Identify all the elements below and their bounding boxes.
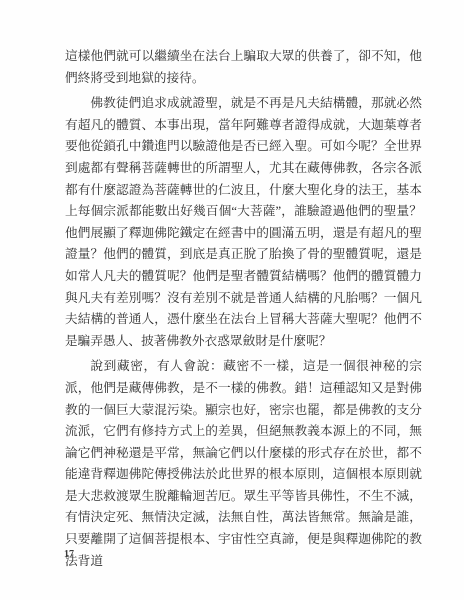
paragraph-1: 這樣他們就可以繼續坐在法台上騙取大眾的供養了，卻不知，他們終將受到地獄的接待。 xyxy=(65,46,422,89)
paragraph-2: 佛教徒們追求成就證聖，就是不再是凡夫結構體，那就必然有超凡的體質、本事出現，當年… xyxy=(65,93,422,352)
page-number: 17 xyxy=(64,549,74,560)
page-body-text: 這樣他們就可以繼續坐在法台上騙取大眾的供養了，卻不知，他們終將受到地獄的接待。 … xyxy=(65,46,422,576)
paragraph-3: 說到藏密，有人會說：藏密不一樣，這是一個很神秘的宗派，他們是藏傳佛教，是不一樣的… xyxy=(65,356,422,572)
document-page: 這樣他們就可以繼續坐在法台上騙取大眾的供養了，卻不知，他們終將受到地獄的接待。 … xyxy=(0,0,464,600)
